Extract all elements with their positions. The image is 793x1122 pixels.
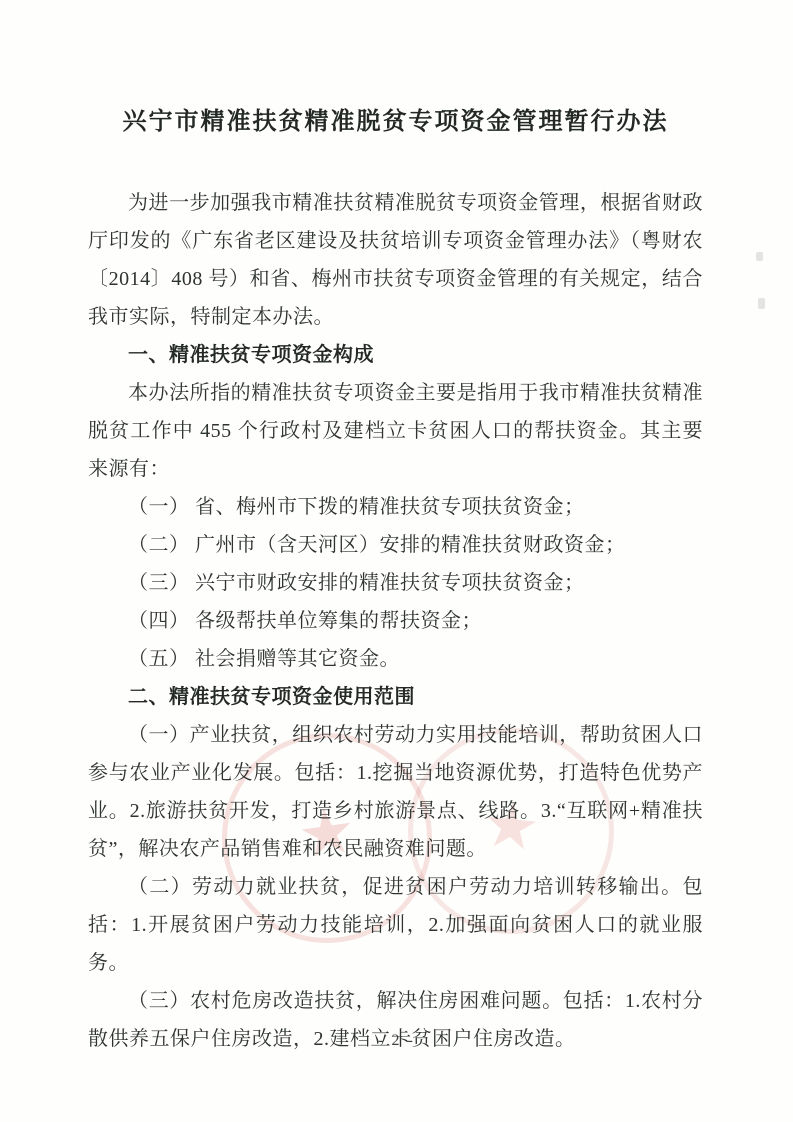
list-item: （一） 省、梅州市下拨的精准扶贫专项扶贫资金； bbox=[88, 488, 703, 526]
document-body: 兴宁市精准扶贫精准脱贫专项资金管理暂行办法 为进一步加强我市精准扶贫精准脱贫专项… bbox=[88, 104, 703, 1058]
list-item: （四） 各级帮扶单位筹集的帮扶资金； bbox=[88, 602, 703, 640]
body-paragraph: 为进一步加强我市精准扶贫精准脱贫专项资金管理，根据省财政厅印发的《广东省老区建设… bbox=[88, 184, 703, 336]
list-item: （五） 社会捐赠等其它资金。 bbox=[88, 640, 703, 678]
list-item: （三） 兴宁市财政安排的精准扶贫专项扶贫资金； bbox=[88, 564, 703, 602]
section-heading: 二、精准扶贫专项资金使用范围 bbox=[88, 678, 703, 716]
scan-artifact bbox=[756, 252, 763, 261]
list-item: （二） 广州市（含天河区）安排的精准扶贫财政资金； bbox=[88, 526, 703, 564]
body-paragraph: （一）产业扶贫，组织农村劳动力实用技能培训，帮助贫困人口参与农业产业化发展。包括… bbox=[88, 716, 703, 868]
document-page: ★ ★ 兴宁市精准扶贫精准脱贫专项资金管理暂行办法 为进一步加强我市精准扶贫精准… bbox=[0, 0, 793, 1122]
page-number: - 2 - bbox=[0, 1032, 793, 1050]
document-title: 兴宁市精准扶贫精准脱贫专项资金管理暂行办法 bbox=[88, 104, 703, 140]
body-paragraph: （二）劳动力就业扶贫，促进贫困户劳动力培训转移输出。包括：1.开展贫困户劳动力技… bbox=[88, 868, 703, 982]
scan-artifact bbox=[758, 298, 765, 309]
section-heading: 一、精准扶贫专项资金构成 bbox=[88, 336, 703, 374]
body-paragraph: 本办法所指的精准扶贫专项资金主要是指用于我市精准扶贫精准脱贫工作中 455 个行… bbox=[88, 374, 703, 488]
